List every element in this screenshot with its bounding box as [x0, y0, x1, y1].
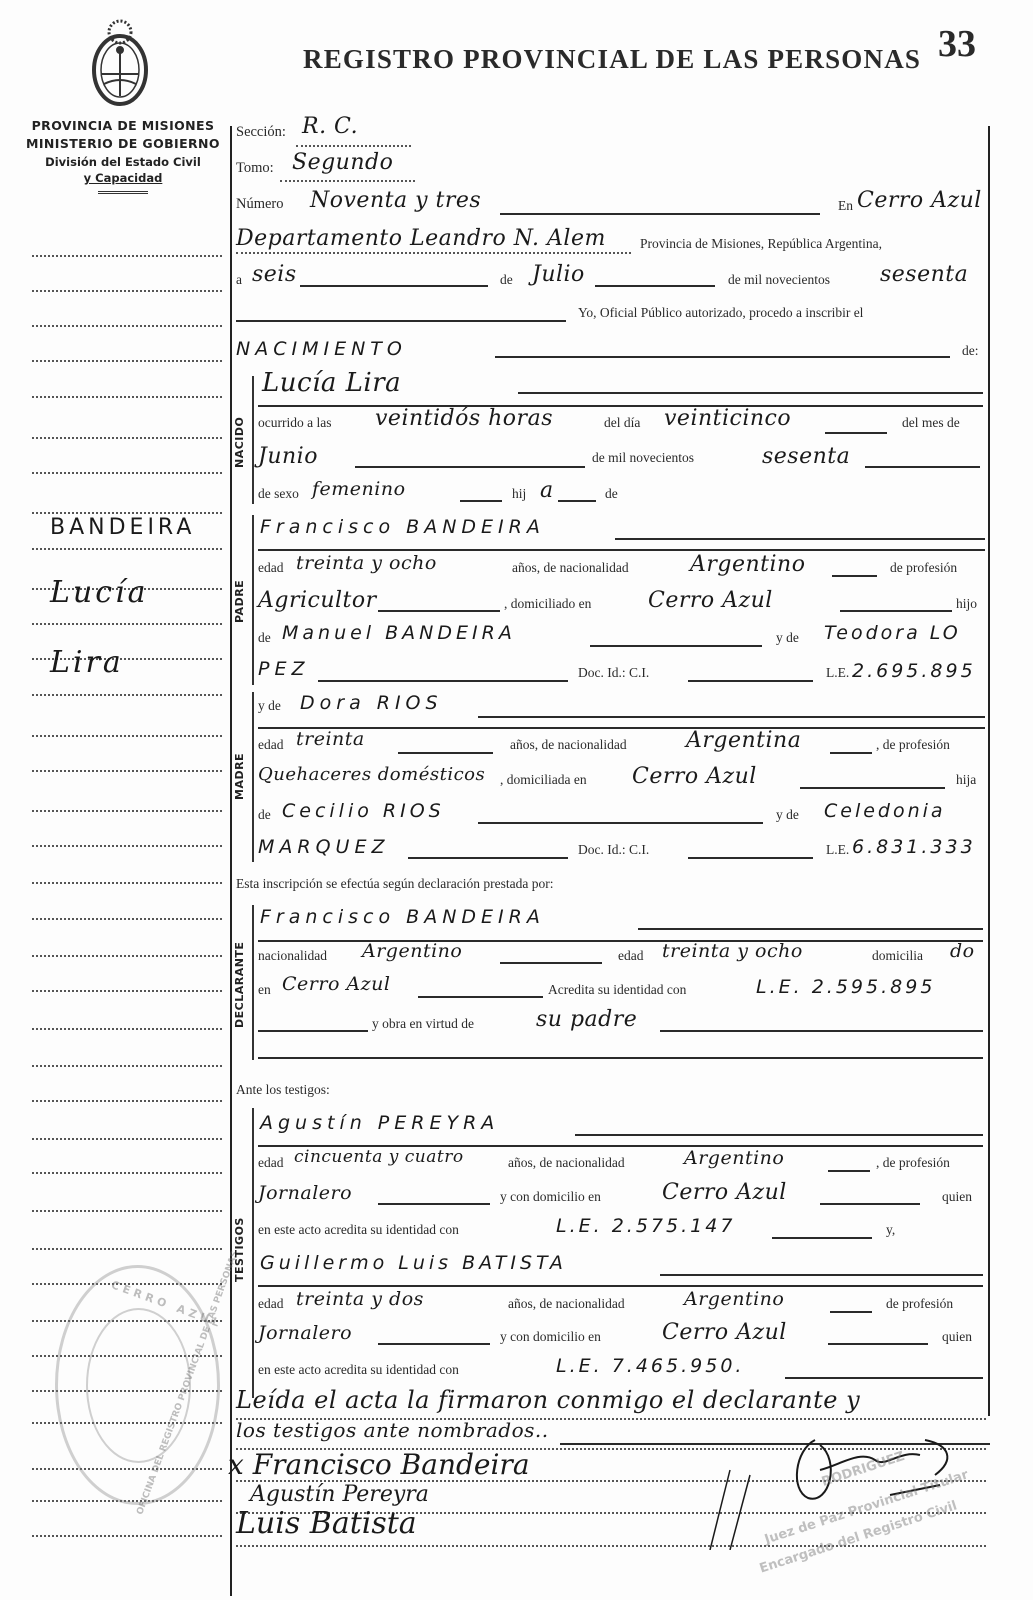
nacido-month: Junio — [258, 444, 318, 469]
padre-profesion-value: Agricultor — [258, 588, 377, 613]
padre-y-de-label: y de — [776, 630, 799, 646]
nacido-hour: veintidós horas — [375, 406, 553, 431]
act-type: NACIMIENTO — [236, 338, 407, 360]
declarante-acredita-value: L.E. 2.595.895 — [756, 976, 935, 998]
madre-nacionalidad-label: años, de nacionalidad — [510, 737, 627, 753]
witness-acredita-label: en este acto acredita su identidad con — [258, 1222, 459, 1238]
declarante-domicilia-value: do — [950, 940, 975, 962]
seccion-value: R. C. — [302, 114, 358, 139]
nacido-year: sesenta — [762, 444, 850, 469]
testigos-intro: Ante los testigos: — [236, 1082, 330, 1098]
witness-edad-value: treinta y dos — [296, 1288, 424, 1310]
division-name: División del Estado Civil — [18, 155, 228, 169]
madre-profesion-label: , de profesión — [876, 737, 950, 753]
padre-edad-value: treinta y ocho — [296, 552, 437, 574]
padre-mother-name: Teodora LO — [824, 622, 961, 644]
margin-given-name-1: Lucía — [50, 575, 149, 610]
signature-witness-2: Luis Batista — [236, 1506, 417, 1541]
madre-father-name: Cecilio RIOS — [282, 800, 445, 822]
section-label-nacido: NACIDO — [233, 417, 246, 468]
witness-quien-label: quien — [942, 1329, 972, 1345]
witness-suffix: y, — [886, 1222, 895, 1238]
a-label: a — [236, 272, 242, 288]
witness-nacionalidad-label: años, de nacionalidad — [508, 1155, 625, 1171]
date-year: sesenta — [880, 262, 968, 287]
dia-label: del día — [604, 415, 640, 431]
year-prefix: de mil novecientos — [728, 272, 830, 288]
declarante-acredita-label: Acredita su identidad con — [548, 982, 686, 998]
date-month: Julio — [532, 262, 585, 287]
witness-quien-label: quien — [942, 1189, 972, 1205]
madre-domicilio-label: , domiciliada en — [500, 772, 587, 788]
left-margin-border — [230, 126, 232, 1596]
section-label-madre: MADRE — [233, 753, 246, 800]
declarante-nacionalidad-label: nacionalidad — [258, 948, 327, 964]
madre-le-label: L.E. — [826, 842, 849, 858]
padre-doc-label: Doc. Id.: C.I. — [578, 665, 649, 681]
numero-label: Número — [236, 196, 284, 213]
section-label-padre: PADRE — [233, 580, 246, 623]
oficial-statement: Yo, Oficial Público autorizado, procedo … — [578, 305, 863, 321]
mes-label: del mes de — [902, 415, 960, 431]
declarante-domicilia-label: domicilia — [872, 948, 923, 964]
official-seal: OFICINA DEL REGISTRO PROVINCIAL DE LAS P… — [55, 1265, 220, 1505]
numero-value: Noventa y tres — [310, 188, 481, 213]
ocurrido-label: ocurrido a las — [258, 415, 331, 431]
madre-hija-label: hija — [956, 772, 976, 788]
nacido-day: veinticinco — [664, 406, 791, 431]
en-label: En — [838, 198, 853, 214]
madre-domicilio-value: Cerro Azul — [632, 764, 757, 789]
padre-edad-label: edad — [258, 560, 283, 576]
witness-nacionalidad-value: Argentino — [684, 1288, 784, 1310]
madre-le-value: 6.831.333 — [852, 836, 976, 858]
margin-surname: BANDEIRA — [50, 515, 195, 540]
madre-doc-label: Doc. Id.: C.I. — [578, 842, 649, 858]
issuing-authority: PROVINCIA DE MISIONES MINISTERIO DE GOBI… — [18, 118, 228, 194]
padre-name: Francisco BANDEIRA — [260, 516, 545, 538]
witness-edad-label: edad — [258, 1155, 283, 1171]
witness-edad-label: edad — [258, 1296, 283, 1312]
witness-acredita-label: en este acto acredita su identidad con — [258, 1362, 459, 1378]
sexo-value: femenino — [312, 478, 406, 500]
hij-label: hij — [512, 486, 526, 502]
signature-witness-1: Agustín Pereyra — [250, 1482, 429, 1507]
de-colon-label: de: — [962, 343, 979, 359]
ministry-name: MINISTERIO DE GOBIERNO — [18, 136, 228, 151]
madre-name: Dora RIOS — [300, 692, 443, 714]
declarante-en-value: Cerro Azul — [282, 973, 390, 995]
sexo-label: de sexo — [258, 486, 299, 502]
closing-line-1: Leída el acta la firmaron conmigo el dec… — [236, 1386, 860, 1414]
madre-edad-value: treinta — [296, 728, 365, 750]
padre-hijo-label: hijo — [956, 596, 977, 612]
madre-profesion-value: Quehaceres domésticos — [258, 764, 485, 785]
divider — [98, 191, 148, 194]
madre-nacionalidad-value: Argentina — [686, 728, 801, 753]
declarante-intro: Esta inscripción se efectúa según declar… — [236, 876, 554, 892]
province-name: PROVINCIA DE MISIONES — [18, 118, 228, 133]
date-day: seis — [252, 262, 297, 287]
declarante-en-label: en — [258, 982, 271, 998]
section-label-testigos: TESTIGOS — [233, 1217, 246, 1282]
hij-value: a — [540, 478, 554, 503]
declarante-edad-value: treinta y ocho — [662, 940, 803, 962]
padre-nacionalidad-value: Argentino — [690, 552, 805, 577]
declarante-nacionalidad-value: Argentino — [362, 940, 462, 962]
section-label-declarante: DECLARANTE — [233, 942, 246, 1028]
witness-edad-value: cincuenta y cuatro — [294, 1147, 464, 1167]
witness-nacionalidad-value: Argentino — [684, 1147, 784, 1169]
witness-profesion-value: Jornalero — [258, 1322, 352, 1344]
witness-profesion-value: Jornalero — [258, 1182, 352, 1204]
right-border — [988, 126, 990, 1416]
madre-mother-name: Celedonia — [824, 800, 946, 822]
de-label: de — [500, 272, 513, 288]
madre-mother-name-cont: MARQUEZ — [258, 836, 389, 858]
madre-edad-label: edad — [258, 737, 283, 753]
coat-of-arms-icon — [86, 18, 154, 110]
tomo-label: Tomo: — [236, 160, 274, 177]
padre-father-name: Manuel BANDEIRA — [282, 622, 516, 644]
madre-de-label: de — [258, 807, 271, 823]
witness-profesion-label: de profesión — [886, 1296, 953, 1312]
hij-de-label: de — [605, 486, 618, 502]
signature-declarante: x Francisco Bandeira — [228, 1448, 530, 1481]
witness-profesion-label: , de profesión — [876, 1155, 950, 1171]
witness-acredita-value: L.E. 2.575.147 — [556, 1215, 735, 1237]
declarante-edad-label: edad — [618, 948, 643, 964]
nacido-name: Lucía Lira — [262, 368, 401, 398]
page-number: 33 — [938, 22, 976, 66]
padre-de-label: de — [258, 630, 271, 646]
witness-domicilio-value: Cerro Azul — [662, 1320, 787, 1345]
nacido-year-prefix: de mil novecientos — [592, 450, 694, 466]
provincia-text: Provincia de Misiones, República Argenti… — [640, 236, 882, 252]
witness-acredita-value: L.E. 7.465.950. — [556, 1355, 744, 1377]
padre-domicilio-value: Cerro Azul — [648, 588, 773, 613]
witness-domicilio-value: Cerro Azul — [662, 1180, 787, 1205]
declarante-name: Francisco BANDEIRA — [260, 906, 545, 928]
declarante-obra-value: su padre — [536, 1007, 637, 1032]
en-value: Cerro Azul — [857, 188, 982, 213]
witness-name: Guillermo Luis BATISTA — [260, 1252, 567, 1274]
seccion-label: Sección: — [236, 124, 286, 141]
padre-domicilio-label: , domiciliado en — [504, 596, 591, 612]
padre-le-label: L.E. — [826, 665, 849, 681]
madre-y-de2-label: y de — [776, 807, 799, 823]
declarante-obra-label: y obra en virtud de — [372, 1016, 474, 1032]
padre-nacionalidad-label: años, de nacionalidad — [512, 560, 629, 576]
padre-mother-name-cont: PEZ — [258, 658, 309, 680]
witness-name: Agustín PEREYRA — [260, 1112, 499, 1134]
closing-line-2: los testigos ante nombrados.. — [236, 1418, 549, 1442]
margin-given-name-2: Lira — [50, 645, 124, 680]
witness-nacionalidad-label: años, de nacionalidad — [508, 1296, 625, 1312]
madre-y-de-label: y de — [258, 698, 281, 714]
witness-domicilio-label: y con domicilio en — [500, 1189, 601, 1205]
division-name-cont: y Capacidad — [18, 171, 228, 185]
tomo-value: Segundo — [292, 150, 393, 175]
padre-profesion-label: de profesión — [890, 560, 957, 576]
padre-le-value: 2.695.895 — [852, 660, 976, 682]
witness-domicilio-label: y con domicilio en — [500, 1329, 601, 1345]
document-title: REGISTRO PROVINCIAL DE LAS PERSONAS — [303, 44, 921, 75]
departamento-value: Departamento Leandro N. Alem — [236, 226, 606, 251]
